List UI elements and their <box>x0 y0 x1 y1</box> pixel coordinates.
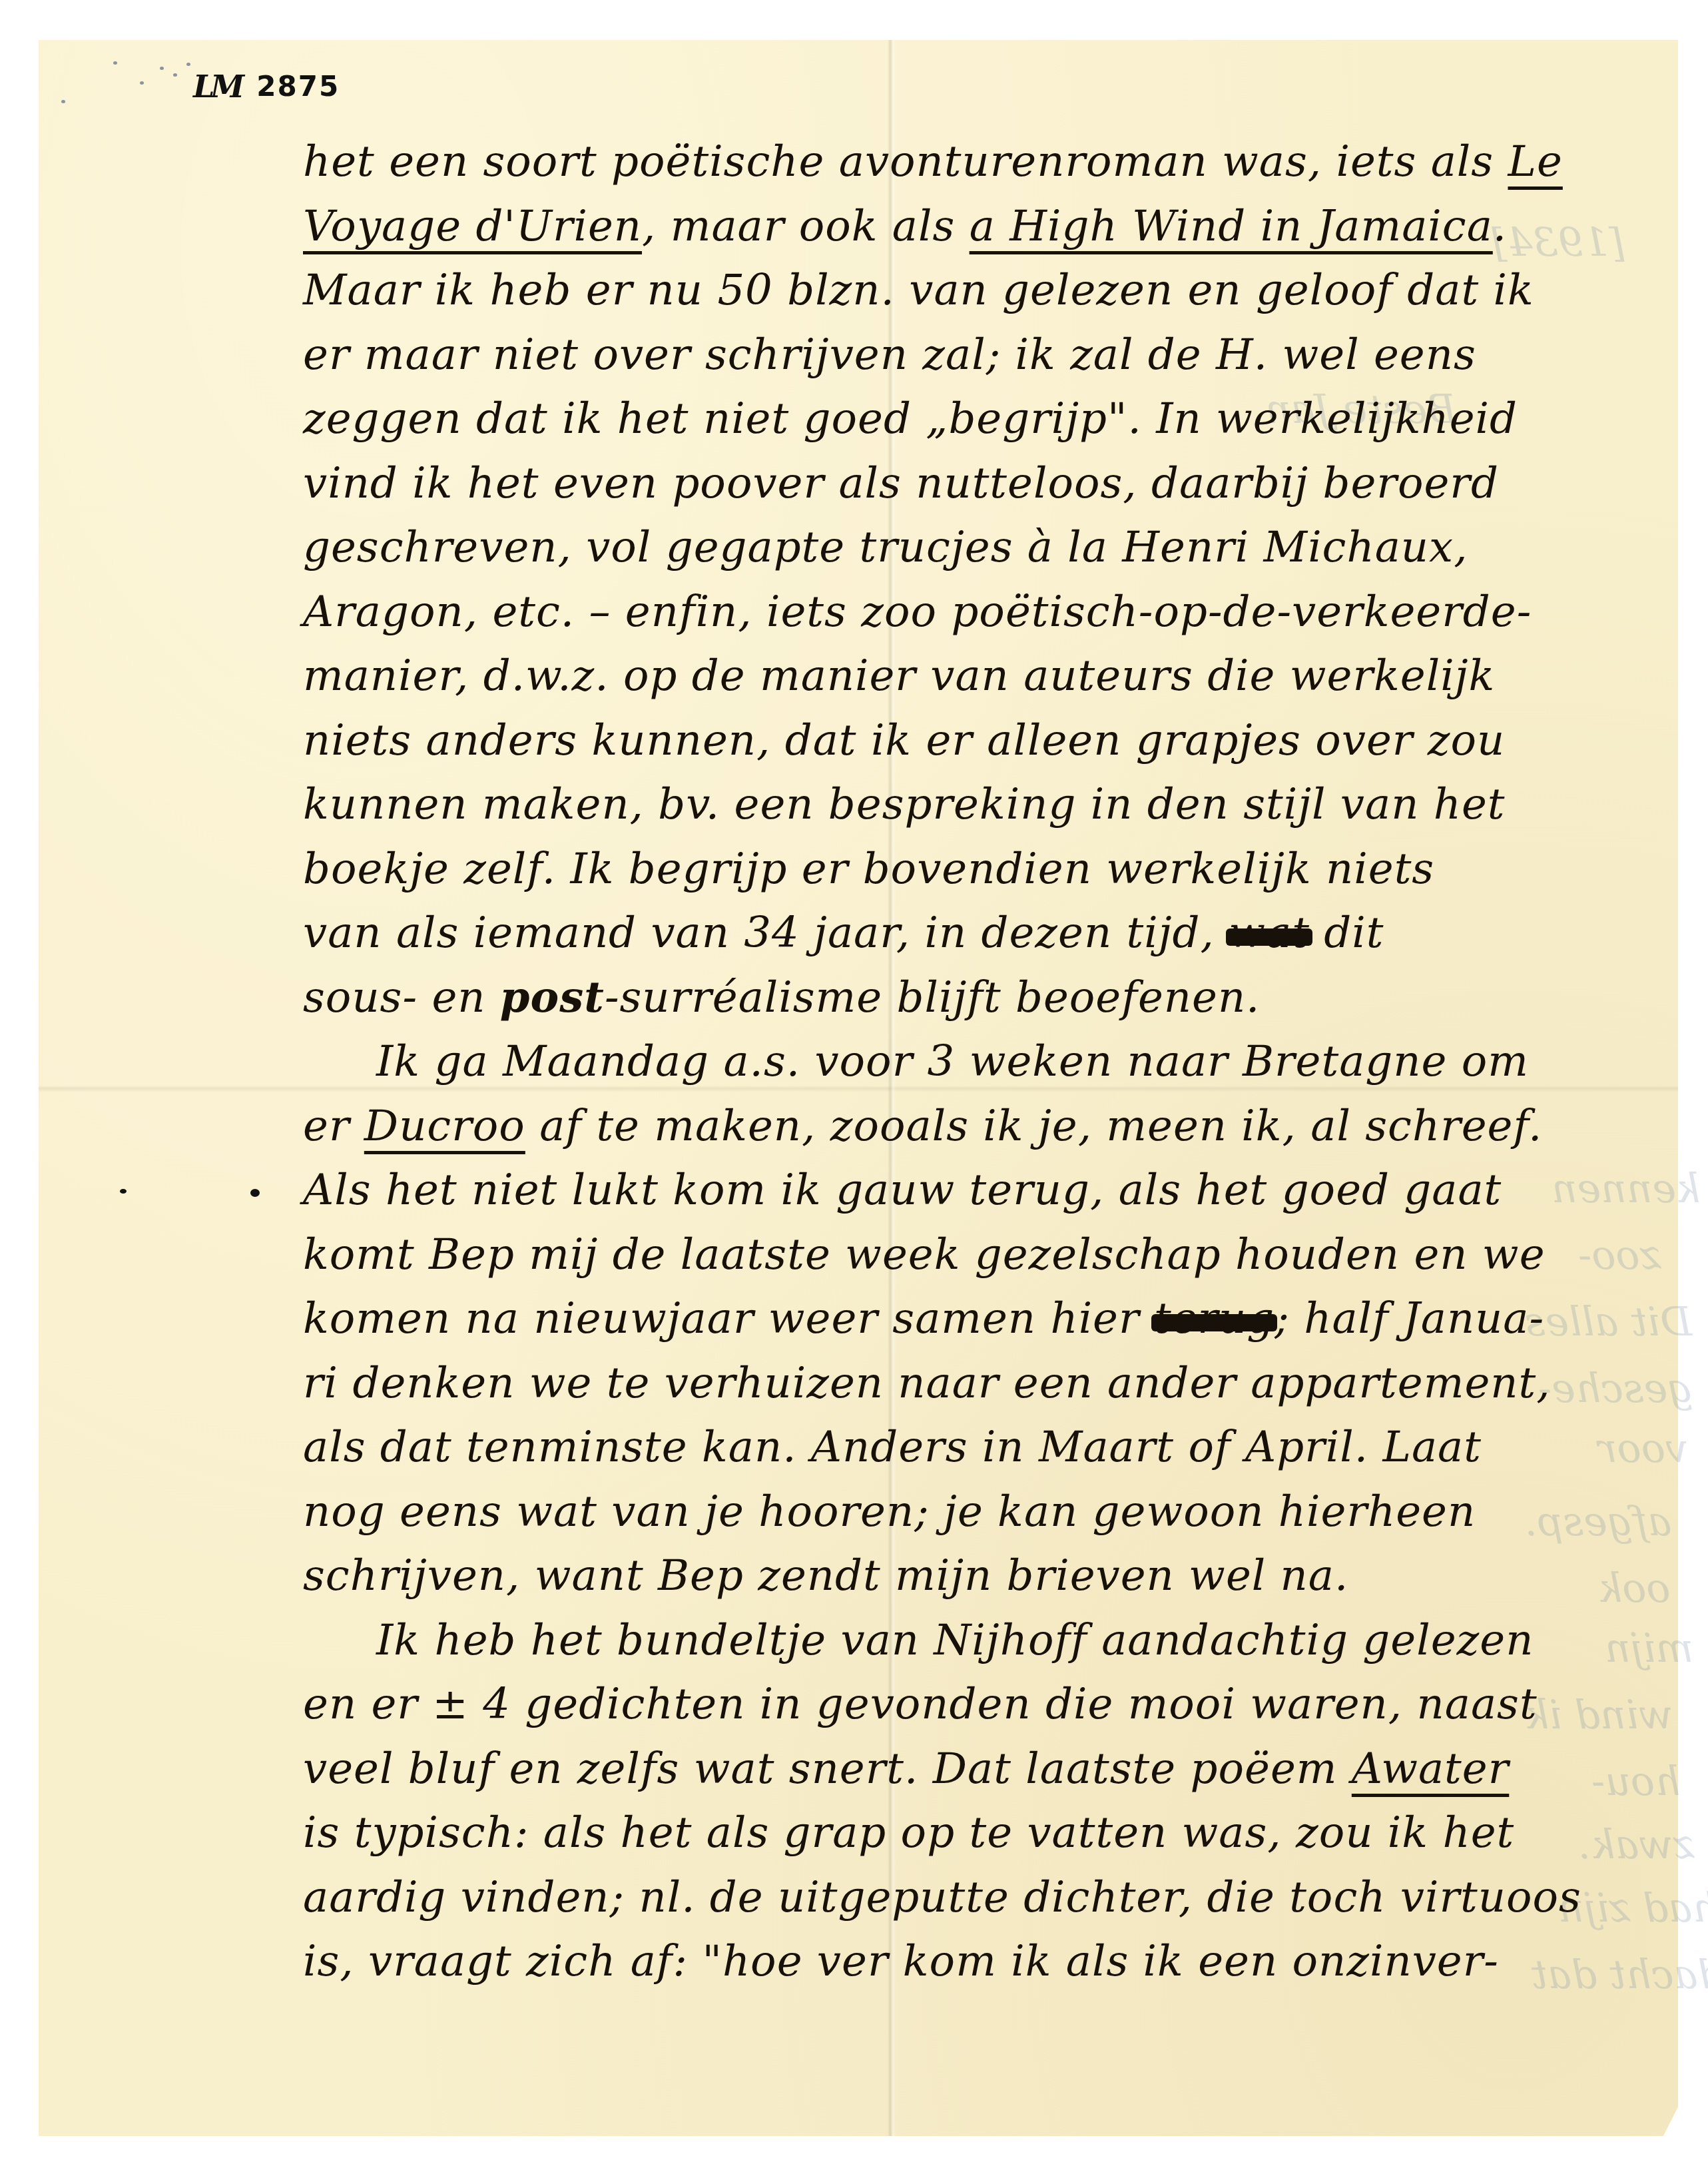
letter-line: is typisch: als het als grap op te vatte… <box>303 1801 1661 1866</box>
letter-line: schrijven, want Bep zendt mijn brieven w… <box>303 1544 1661 1609</box>
letter-line: manier, d.w.z. op de manier van auteurs … <box>303 644 1661 709</box>
letter-line: is, vraagt zich af: "hoe ver kom ik als … <box>303 1930 1661 1994</box>
title-le: Le <box>1508 137 1562 186</box>
title-awater: Awater <box>1352 1744 1509 1794</box>
title-voyage-durien: Voyage d'Urien <box>303 202 642 251</box>
letter-line: Voyage d'Urien, maar ook als a High Wind… <box>303 194 1661 259</box>
letter-line-paragraph-start: Ik ga Maandag a.s. voor 3 weken naar Bre… <box>303 1030 1661 1094</box>
letter-line: van als iemand van 34 jaar, in dezen tij… <box>303 901 1661 966</box>
line-text: sous- en <box>303 973 500 1022</box>
line-text: komen na nieuwjaar weer samen hier <box>303 1294 1154 1343</box>
title-high-wind-in-jamaica: a High Wind in Jamaica <box>970 202 1493 251</box>
line-text: van als iemand van 34 jaar, in dezen tij… <box>303 908 1229 958</box>
letter-line-paragraph-start: Ik heb het bundeltje van Nijhoff aandach… <box>303 1609 1661 1673</box>
letter-line: geschreven, vol gegapte trucjes à la Hen… <box>303 516 1661 580</box>
line-text: ; half Janua- <box>1275 1294 1544 1343</box>
line-text: -surréalisme blijft beoefenen. <box>605 973 1261 1022</box>
line-text: . <box>1493 202 1507 251</box>
struck-word: wat <box>1229 901 1310 966</box>
archive-number: 2875 <box>256 70 340 103</box>
ink-speckles <box>40 53 200 107</box>
letter-line: nog eens wat van je hooren; je kan gewoo… <box>303 1480 1661 1545</box>
struck-word: terug <box>1154 1287 1275 1351</box>
letter-line: komt Bep mij de laatste week gezelschap … <box>303 1223 1661 1287</box>
letter-line: Aragon, etc. – enfin, iets zoo poëtisch-… <box>303 580 1661 645</box>
letter-line: als dat tenminste kan. Anders in Maart o… <box>303 1415 1661 1480</box>
letter-line: ri denken we te verhuizen naar een ander… <box>303 1351 1661 1416</box>
letter-line: komen na nieuwjaar weer samen hier terug… <box>303 1287 1661 1351</box>
letter-line: er maar niet over schrijven zal; ik zal … <box>303 323 1661 388</box>
line-text: af te maken, zooals ik je, meen ik, al s… <box>525 1102 1542 1151</box>
margin-ink-mark <box>120 1189 127 1194</box>
overwritten-word: post <box>500 972 605 1022</box>
letter-line: niets anders kunnen, dat ik er alleen gr… <box>303 709 1661 773</box>
letter-line: sous- en post-surréalisme blijft beoefen… <box>303 966 1661 1030</box>
line-text: veel bluf en zelfs wat snert. Dat laatst… <box>303 1744 1352 1794</box>
letter-body: het een soort poëtische avonturenroman w… <box>303 130 1661 1994</box>
letter-line: vind ik het even poover als nutteloos, d… <box>303 452 1661 516</box>
margin-ink-dot <box>250 1189 260 1197</box>
letter-line: aardig vinden; nl. de uitgeputte dichter… <box>303 1866 1661 1930</box>
line-text: het een soort poëtische avonturenroman w… <box>303 137 1508 186</box>
letter-line: en er ± 4 gedichten in gevonden die mooi… <box>303 1672 1661 1737</box>
letter-line: veel bluf en zelfs wat snert. Dat laatst… <box>303 1737 1661 1802</box>
letter-line: er Ducroo af te maken, zooals ik je, mee… <box>303 1094 1661 1159</box>
title-ducroo: Ducroo <box>364 1102 525 1151</box>
letter-line: zeggen dat ik het niet goed „begrijp". I… <box>303 387 1661 452</box>
monogram-stamp-icon: LM <box>193 71 240 102</box>
letter-line: Maar ik heb er nu 50 blzn. van gelezen e… <box>303 258 1661 323</box>
line-text: dit <box>1310 908 1384 958</box>
letter-line: kunnen maken, bv. een bespreking in den … <box>303 773 1661 837</box>
line-text: , maar ook als <box>642 202 970 251</box>
letter-line: Als het niet lukt kom ik gauw terug, als… <box>303 1158 1661 1223</box>
letter-line: boekje zelf. Ik begrijp er bovendien wer… <box>303 837 1661 902</box>
letter-line: het een soort poëtische avonturenroman w… <box>303 130 1661 194</box>
archive-stamp: LM 2875 <box>193 70 340 103</box>
line-text: er <box>303 1102 364 1151</box>
